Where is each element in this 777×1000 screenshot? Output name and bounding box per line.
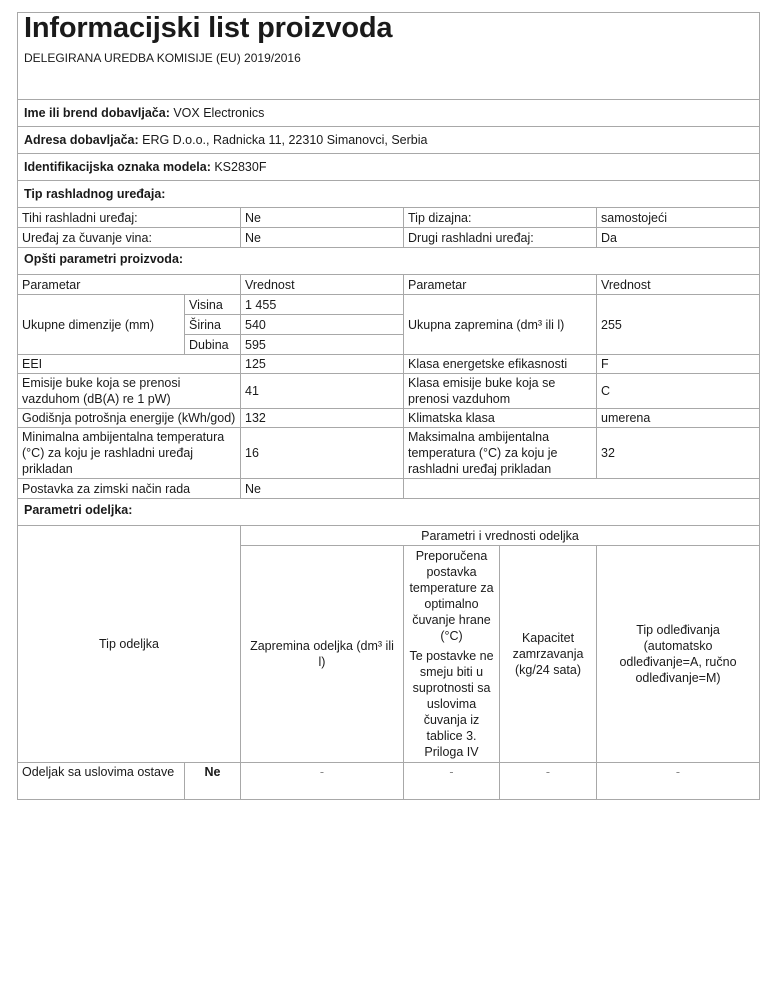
appliance-label-1: Uređaj za čuvanje vina: [18,228,241,248]
total-volume-value: 255 [597,295,760,355]
product-information-sheet: Informacijski list proizvoda DELEGIRANA … [17,12,759,800]
title-block: Informacijski list proizvoda DELEGIRANA … [18,13,760,100]
compartment-temperature: - [404,763,500,800]
supplier-name-row: Ime ili brend dobavljača: VOX Electronic… [18,100,760,127]
param-value: F [597,355,760,374]
appliance-value-1: Ne [241,228,404,248]
compartment-group-header: Parametri i vrednosti odeljka [241,526,760,546]
col-header-volume: Zapremina odeljka (dm³ ili l) [241,546,404,763]
param-value: umerena [597,409,760,428]
dimensions-label: Ukupne dimenzije (mm) [18,295,185,355]
param-value: 132 [241,409,404,428]
param-label: Klasa emisije buke koja se prenosi vazdu… [404,374,597,409]
compartment-present: Ne [185,763,241,800]
param-label: Klasa energetske efikasnosti [404,355,597,374]
compartment-volume: - [241,763,404,800]
supplier-address-value: ERG D.o.o., Radnicka 11, 22310 Simanovci… [139,133,428,147]
param-label: Maksimalna ambijentalna temperatura (°C)… [404,428,597,479]
param-value: C [597,374,760,409]
general-parameters-heading: Opšti parametri proizvoda: [18,248,760,275]
dimension-name: Dubina [185,335,241,355]
temperature-header-text: Preporučena postavka temperature za opti… [407,548,496,644]
col-header-param: Parametar [18,275,241,295]
compartment-freezing-capacity: - [500,763,597,800]
appliance-label-1: Tihi rashladni uređaj: [18,208,241,228]
total-volume-label: Ukupna zapremina (dm³ ili l) [404,295,597,355]
col-header-compartment-type: Tip odeljka [18,526,241,763]
dimension-name: Visina [185,295,241,315]
param-label: EEI [18,355,241,374]
supplier-name-label: Ime ili brend dobavljača: [24,106,170,120]
param-value: 41 [241,374,404,409]
appliance-type-heading: Tip rashladnog uređaja: [18,181,760,208]
col-header-value: Vrednost [597,275,760,295]
general-row-energy: Godišnja potrošnja energije (kWh/god) 13… [18,409,760,428]
appliance-label-2: Drugi rashladni uređaj: [404,228,597,248]
col-header-freezing-capacity: Kapacitet zamrzavanja (kg/24 sata) [500,546,597,763]
dimension-name: Širina [185,315,241,335]
compartment-type: Odeljak sa uslovima ostave [18,763,185,800]
param-label: Klimatska klasa [404,409,597,428]
appliance-value-1: Ne [241,208,404,228]
supplier-address-label: Adresa dobavljača: [24,133,139,147]
winter-setting-value: Ne [241,479,404,499]
col-header-defrost-type: Tip odleđivanja (automatsko odleđivanje=… [597,546,760,763]
temperature-header-note: Te postavke ne smeju biti u suprotnosti … [407,648,496,760]
param-label: Minimalna ambijentalna temperatura (°C) … [18,428,241,479]
appliance-type-row: Uređaj za čuvanje vina: Ne Drugi rashlad… [18,228,760,248]
info-sheet-table: Informacijski list proizvoda DELEGIRANA … [17,12,760,800]
regulation-reference: DELEGIRANA UREDBA KOMISIJE (EU) 2019/201… [24,50,753,66]
param-value: 16 [241,428,404,479]
winter-setting-label: Postavka za zimski način rada [18,479,241,499]
supplier-address-row: Adresa dobavljača: ERG D.o.o., Radnicka … [18,127,760,154]
appliance-type-row: Tihi rashladni uređaj: Ne Tip dizajna: s… [18,208,760,228]
model-id-label: Identifikacijska oznaka modela: [24,160,211,174]
model-id-row: Identifikacijska oznaka modela: KS2830F [18,154,760,181]
dimension-value: 1 455 [241,295,404,315]
appliance-value-2: Da [597,228,760,248]
param-label: Godišnja potrošnja energije (kWh/god) [18,409,241,428]
appliance-value-2: samostojeći [597,208,760,228]
param-value: 125 [241,355,404,374]
dimension-value: 540 [241,315,404,335]
supplier-name-value: VOX Electronics [170,106,264,120]
general-row-temperature: Minimalna ambijentalna temperatura (°C) … [18,428,760,479]
dimension-value: 595 [241,335,404,355]
col-header-value: Vrednost [241,275,404,295]
compartment-defrost-type: - [597,763,760,800]
empty-cell [404,479,760,499]
model-id-value: KS2830F [211,160,267,174]
general-row-eei: EEI 125 Klasa energetske efikasnosti F [18,355,760,374]
param-label: Emisije buke koja se prenosi vazduhom (d… [18,374,241,409]
compartment-row: Odeljak sa uslovima ostave Ne - - - - [18,763,760,800]
compartment-parameters-heading: Parametri odeljka: [18,499,760,526]
general-row-winter: Postavka za zimski način rada Ne [18,479,760,499]
param-value: 32 [597,428,760,479]
general-header-row: Parametar Vrednost Parametar Vrednost [18,275,760,295]
appliance-label-2: Tip dizajna: [404,208,597,228]
col-header-param: Parametar [404,275,597,295]
general-row-noise: Emisije buke koja se prenosi vazduhom (d… [18,374,760,409]
col-header-temperature: Preporučena postavka temperature za opti… [404,546,500,763]
page-title: Informacijski list proizvoda [24,20,753,36]
